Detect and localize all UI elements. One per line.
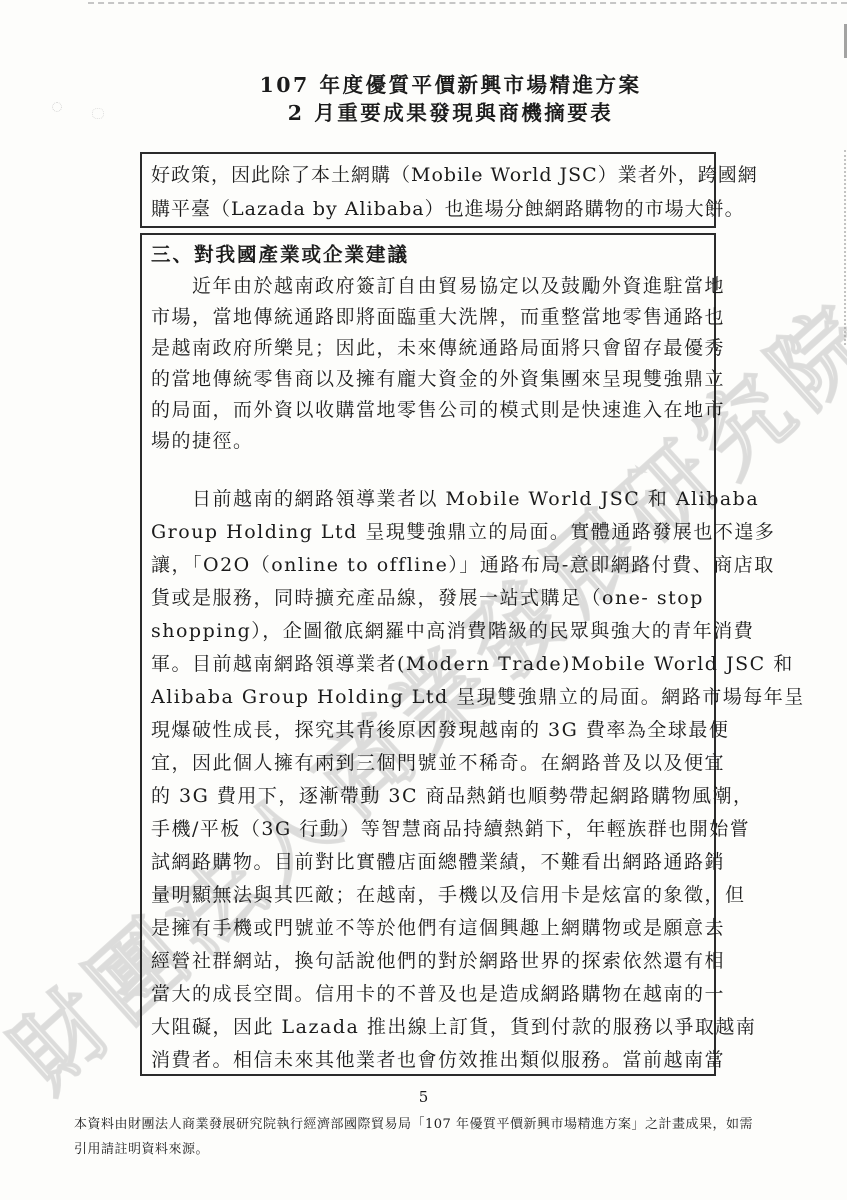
- suggestion-paragraph-2: 日前越南的網路領導業者以 Mobile World JSC 和 AlibabaG…: [151, 483, 706, 1077]
- text-line: 的當地傳統零售商以及擁有龐大資金的外資集團來呈現雙強鼎立: [151, 364, 706, 395]
- text-line: Alibaba Group Holding Ltd 呈現雙強鼎立的局面。網路市場…: [151, 681, 706, 714]
- text-line: 現爆破性成長，探究其背後原因發現越南的 3G 費率為全球最便: [151, 714, 706, 747]
- document-title-line-2: 2 月重要成果發現與商機摘要表: [27, 99, 847, 127]
- text-line: 的局面，而外資以收購當地零售公司的模式則是快速進入在地市: [151, 395, 706, 426]
- text-line: 是越南政府所樂見；因此，未來傳統通路局面將只會留存最優秀: [151, 333, 706, 364]
- scan-artifact-top-edge: [88, 2, 847, 4]
- section-heading: 三、對我國產業或企業建議: [151, 239, 706, 271]
- footer-note-line-2: 引用請註明資料來源。: [74, 1137, 804, 1162]
- scan-artifact-right-mark: [844, 150, 846, 345]
- text-line: 大阻礙，因此 Lazada 推出線上訂貨，貨到付款的服務以爭取越南: [151, 1011, 706, 1044]
- text-line: 是擁有手機或門號並不等於他們有這個興趣上網購物或是願意去: [151, 912, 706, 945]
- text-line: 日前越南的網路領導業者以 Mobile World JSC 和 Alibaba: [151, 483, 706, 516]
- text-line: 量明顯無法與其匹敵；在越南，手機以及信用卡是炫富的象徵，但: [151, 879, 706, 912]
- text-line: 讓，「O2O（online to offline）」通路布局-意即網路付費、商店…: [151, 549, 706, 582]
- text-line: 試網路購物。目前對比實體店面總體業績，不難看出網路通路銷: [151, 846, 706, 879]
- text-line: 市場，當地傳統通路即將面臨重大洗牌，而重整當地零售通路也: [151, 302, 706, 333]
- text-line: 當大的成長空間。信用卡的不普及也是造成網路購物在越南的一: [151, 978, 706, 1011]
- suggestion-section-box: 三、對我國產業或企業建議 近年由於越南政府簽訂自由貿易協定以及鼓勵外資進駐當地市…: [140, 233, 716, 1076]
- text-line: 近年由於越南政府簽訂自由貿易協定以及鼓勵外資進駐當地: [151, 271, 706, 302]
- page-number: 5: [0, 1088, 847, 1106]
- intro-text-box: 好政策，因此除了本土網購（Mobile World JSC）業者外，跨國網購平臺…: [140, 152, 716, 228]
- text-line: shopping），企圖徹底網羅中高消費階級的民眾與強大的青年消費: [151, 615, 706, 648]
- document-title-line-1: 107 年度優質平價新興市場精進方案: [27, 71, 847, 99]
- text-line: 貨或是服務，同時擴充產品線，發展一站式購足（one- stop: [151, 582, 706, 615]
- document-page: 財團法人商業發展研究院 107 年度優質平價新興市場精進方案 2 月重要成果發現…: [0, 0, 847, 1200]
- text-line: 宜，因此個人擁有兩到三個門號並不稀奇。在網路普及以及便宜: [151, 747, 706, 780]
- text-line: 經營社群網站，換句話說他們的對於網路世界的探索依然還有相: [151, 945, 706, 978]
- text-line: 場的捷徑。: [151, 426, 706, 457]
- text-line: 軍。目前越南網路領導業者(Modern Trade)Mobile World J…: [151, 648, 706, 681]
- text-line: 好政策，因此除了本土網購（Mobile World JSC）業者外，跨國網: [151, 158, 706, 192]
- intro-text-lines: 好政策，因此除了本土網購（Mobile World JSC）業者外，跨國網購平臺…: [151, 158, 706, 226]
- text-line: 的 3G 費用下，逐漸帶動 3C 商品熱銷也順勢帶起網路購物風潮，: [151, 780, 706, 813]
- text-line: 消費者。相信未來其他業者也會仿效推出類似服務。當前越南當: [151, 1044, 706, 1077]
- document-title: 107 年度優質平價新興市場精進方案 2 月重要成果發現與商機摘要表: [27, 71, 847, 127]
- suggestion-paragraph-1: 近年由於越南政府簽訂自由貿易協定以及鼓勵外資進駐當地市場，當地傳統通路即將面臨重…: [151, 271, 706, 457]
- footer-note: 本資料由財團法人商業發展研究院執行經濟部國際貿易局「107 年優質平價新興市場精…: [74, 1112, 804, 1162]
- text-line: 購平臺（Lazada by Alibaba）也進場分蝕網路購物的市場大餅。: [151, 192, 706, 226]
- text-line: Group Holding Ltd 呈現雙強鼎立的局面。實體通路發展也不遑多: [151, 516, 706, 549]
- paragraph-gap: [151, 457, 706, 483]
- text-line: 手機/平板（3G 行動）等智慧商品持續熱銷下，年輕族群也開始嘗: [151, 813, 706, 846]
- footer-note-line-1: 本資料由財團法人商業發展研究院執行經濟部國際貿易局「107 年優質平價新興市場精…: [74, 1112, 804, 1137]
